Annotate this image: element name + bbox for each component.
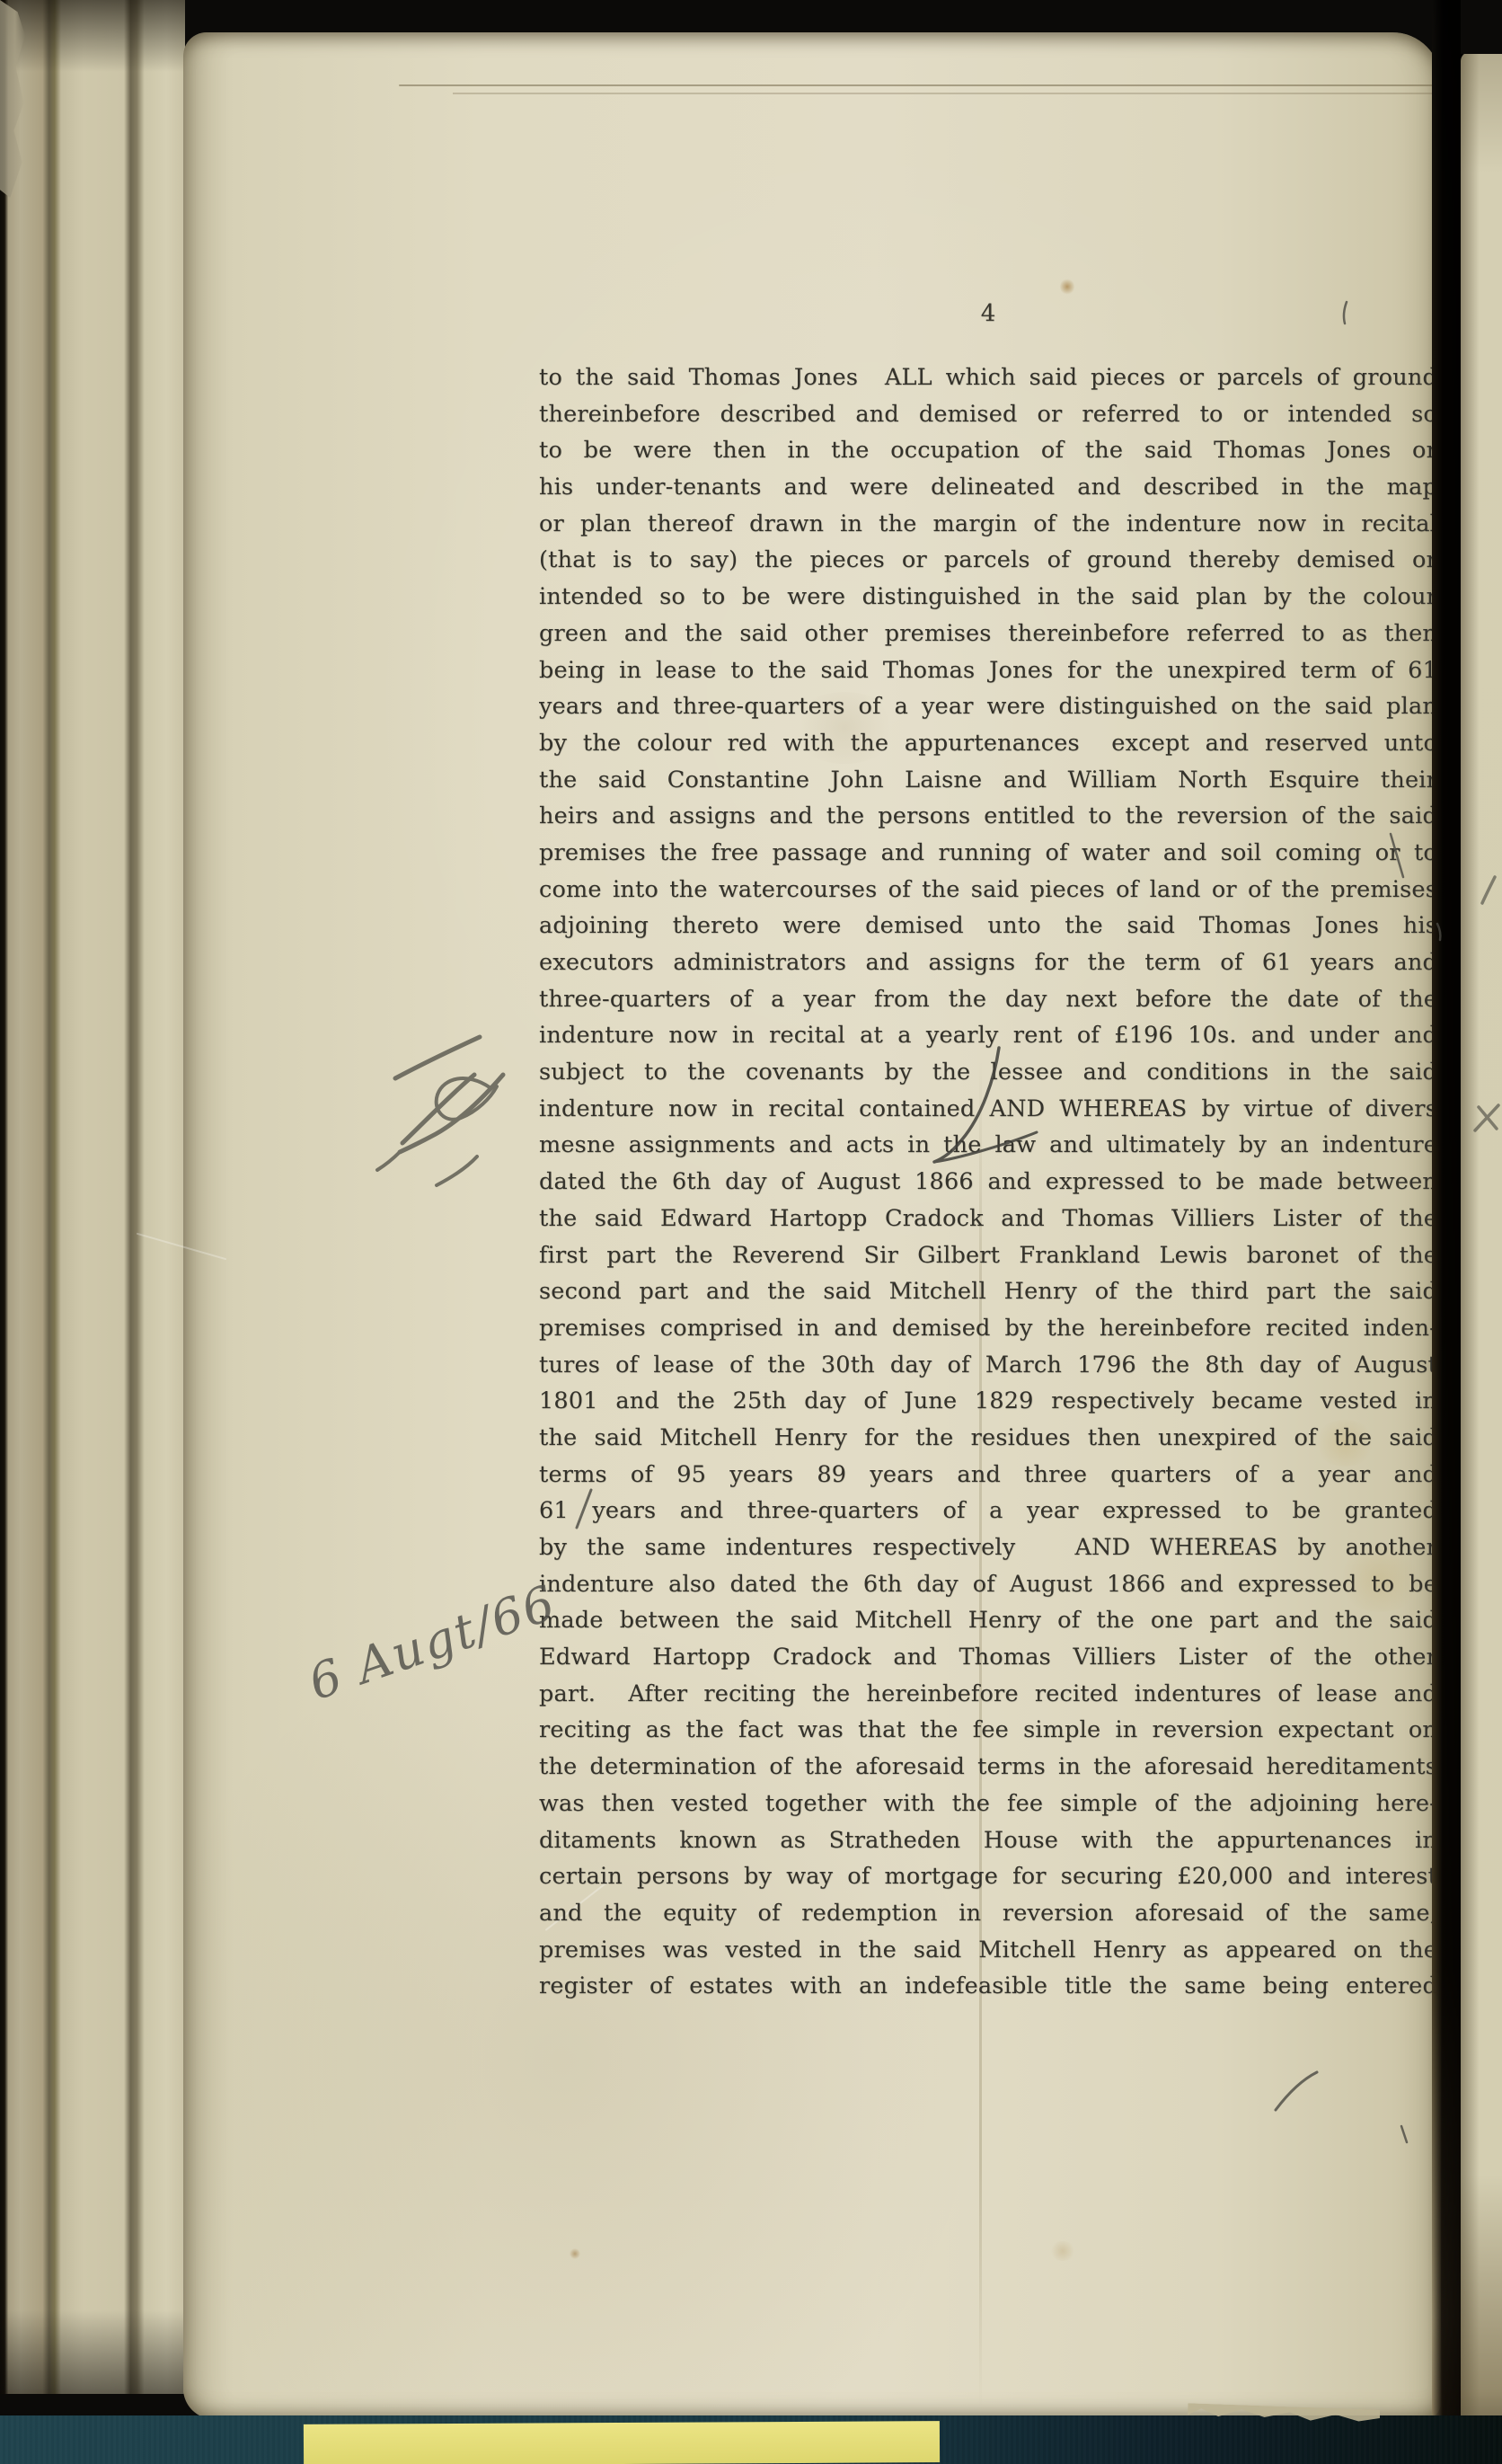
text-line: certain persons by way of mortgage for s… <box>539 1858 1437 1895</box>
text-line: first part the Reverend Sir Gilbert Fran… <box>539 1237 1437 1274</box>
text-line: second part and the said Mitchell Henry … <box>539 1273 1437 1310</box>
text-line: 61 years and three-quarters of a year ex… <box>539 1493 1437 1529</box>
text-line: by the same indentures respectively AND … <box>539 1529 1437 1566</box>
text-line: executors administrators and assigns for… <box>539 944 1437 981</box>
book-gutter-shadow <box>1432 0 1462 2464</box>
text-line: the said Mitchell Henry for the residues… <box>539 1420 1437 1457</box>
text-line: register of estates with an indefeasible… <box>539 1968 1437 2005</box>
stain-spot <box>570 2248 580 2259</box>
text-line: premises comprised in and demised by the… <box>539 1310 1437 1347</box>
page-number: 4 <box>539 300 1437 327</box>
text-line: indenture now in recital contained AND W… <box>539 1091 1437 1128</box>
text-line: mesne assignments and acts in the law an… <box>539 1127 1437 1164</box>
text-line: premises the free passage and running of… <box>539 835 1437 872</box>
book-photograph: 4 to the said Thomas Jones ALL which sai… <box>0 0 1502 2464</box>
text-line: years and three-quarters of a year were … <box>539 688 1437 725</box>
text-line: by the colour red with the appurtenances… <box>539 725 1437 762</box>
text-line: or plan thereof drawn in the margin of t… <box>539 506 1437 543</box>
text-line: tures of lease of the 30th day of March … <box>539 1347 1437 1384</box>
text-line: indenture now in recital at a yearly ren… <box>539 1017 1437 1054</box>
facing-page-edge <box>1461 52 1502 2464</box>
text-line: being in lease to the said Thomas Jones … <box>539 652 1437 689</box>
text-line: the said Constantine John Laisne and Wil… <box>539 762 1437 799</box>
text-line: indenture also dated the 6th day of Augu… <box>539 1566 1437 1603</box>
text-line: adjoining thereto were demised unto the … <box>539 908 1437 944</box>
text-line: green and the said other premises therei… <box>539 616 1437 652</box>
text-line: thereinbefore described and demised or r… <box>539 396 1437 433</box>
text-block: to the said Thomas Jones ALL which said … <box>539 359 1437 2005</box>
text-line: Edward Hartopp Cradock and Thomas Villie… <box>539 1639 1437 1676</box>
book-page-edges <box>0 0 185 2394</box>
text-line: reciting as the fact was that the fee si… <box>539 1712 1437 1749</box>
text-line: the said Edward Hartopp Cradock and Thom… <box>539 1201 1437 1237</box>
stain-spot <box>1049 2241 1076 2261</box>
text-line: three-quarters of a year from the day ne… <box>539 981 1437 1018</box>
text-line: to be were then in the occupation of the… <box>539 432 1437 469</box>
text-line: to the said Thomas Jones ALL which said … <box>539 359 1437 396</box>
top-edge-crease-faint <box>453 93 1502 94</box>
gutter-top-shadow <box>1461 0 1502 54</box>
text-line: intended so to be were distinguished in … <box>539 579 1437 616</box>
text-line: was then vested together with the fee si… <box>539 1786 1437 1822</box>
yellow-paper-slip <box>304 2421 940 2464</box>
text-line: terms of 95 years 89 years and three qua… <box>539 1457 1437 1493</box>
text-line: his under-tenants and were delineated an… <box>539 469 1437 506</box>
text-line: heirs and assigns and the persons entitl… <box>539 798 1437 835</box>
text-line: ditaments known as Stratheden House with… <box>539 1822 1437 1859</box>
text-line: and the equity of redemption in reversio… <box>539 1895 1437 1932</box>
text-line: subject to the covenants by the lessee a… <box>539 1054 1437 1091</box>
text-line: made between the said Mitchell Henry of … <box>539 1602 1437 1639</box>
text-line: (that is to say) the pieces or parcels o… <box>539 542 1437 579</box>
text-line: premises was vested in the said Mitchell… <box>539 1932 1437 1969</box>
text-line: 1801 and the 25th day of June 1829 respe… <box>539 1383 1437 1420</box>
top-edge-crease <box>399 84 1502 86</box>
text-line: come into the watercourses of the said p… <box>539 872 1437 908</box>
stain-spot <box>1060 279 1074 295</box>
text-line: the determination of the aforesaid terms… <box>539 1749 1437 1786</box>
text-line: dated the 6th day of August 1866 and exp… <box>539 1164 1437 1201</box>
text-line: part. After reciting the hereinbefore re… <box>539 1676 1437 1713</box>
